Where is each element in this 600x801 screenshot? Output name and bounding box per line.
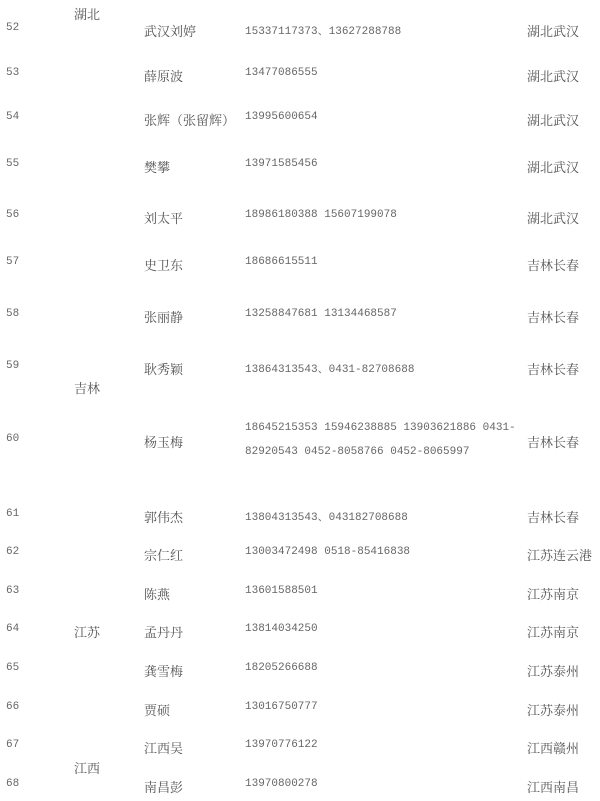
row-number: 58 [6,308,19,320]
row-number: 57 [6,256,19,268]
row-number: 59 [6,360,19,372]
contact-name: 南昌彭 [144,777,183,796]
contact-name: 张丽静 [144,307,183,326]
row-number: 56 [6,209,19,221]
row-number: 68 [6,778,19,790]
phone-number: 82920543 0452-8058766 0452-8065997 [245,446,469,458]
location: 湖北武汉 [527,21,579,40]
phone-number: 13864313543、0431-82708688 [245,360,414,376]
location: 吉林长春 [527,307,579,326]
contact-name: 薛原波 [144,66,183,85]
location: 江苏南京 [527,584,579,603]
phone-number: 13804313543、043182708688 [245,508,408,524]
phone-number: 13003472498 0518-85416838 [245,546,410,558]
contact-name: 郭伟杰 [144,507,183,526]
location: 江西赣州 [527,738,579,757]
row-number: 67 [6,739,19,751]
province-label: 吉林 [74,378,100,397]
location: 江苏泰州 [527,661,579,680]
row-number: 54 [6,111,19,123]
province-label: 江苏 [74,622,100,641]
row-number: 52 [6,22,19,34]
phone-number: 13477086555 [245,67,318,79]
location: 湖北武汉 [527,208,579,227]
contact-name: 史卫东 [144,255,183,274]
row-number: 60 [6,433,19,445]
province-label: 江西 [74,758,100,777]
contact-name: 杨玉梅 [144,432,183,451]
location: 江西南昌 [527,777,579,796]
phone-number: 13601588501 [245,585,318,597]
contact-name: 龚雪梅 [144,661,183,680]
location: 吉林长春 [527,432,579,451]
phone-number: 18686615511 [245,256,318,268]
location: 湖北武汉 [527,66,579,85]
row-number: 62 [6,546,19,558]
row-number: 64 [6,623,19,635]
location: 江苏泰州 [527,700,579,719]
phone-number: 18645215353 15946238885 13903621886 0431… [245,422,516,434]
phone-number: 13995600654 [245,111,318,123]
location: 吉林长春 [527,507,579,526]
contact-name: 宗仁红 [144,545,183,564]
contact-name: 张辉（张留辉） [144,110,235,129]
contact-name: 贾硕 [144,700,170,719]
location: 江苏南京 [527,622,579,641]
phone-number: 15337117373、13627288788 [245,22,401,38]
contact-name: 陈燕 [144,584,170,603]
row-number: 66 [6,701,19,713]
contact-name: 孟丹丹 [144,622,183,641]
row-number: 55 [6,158,19,170]
row-number: 53 [6,67,19,79]
phone-number: 13814034250 [245,623,318,635]
phone-number: 18205266688 [245,662,318,674]
phone-number: 18986180388 15607199078 [245,209,397,221]
contact-name: 樊攀 [144,157,170,176]
row-number: 61 [6,508,19,520]
phone-number: 13970800278 [245,778,318,790]
location: 吉林长春 [527,359,579,378]
phone-number: 13970776122 [245,739,318,751]
row-number: 65 [6,662,19,674]
contact-name: 刘太平 [144,208,183,227]
location: 吉林长春 [527,255,579,274]
location: 江苏连云港 [527,545,592,564]
contact-name: 武汉刘婷 [144,21,196,40]
province-label: 湖北 [74,4,100,23]
contact-name: 江西吴 [144,738,183,757]
contact-name: 耿秀颖 [144,359,183,378]
location: 湖北武汉 [527,110,579,129]
phone-number: 13016750777 [245,701,318,713]
phone-number: 13258847681 13134468587 [245,308,397,320]
phone-number: 13971585456 [245,158,318,170]
location: 湖北武汉 [527,157,579,176]
row-number: 63 [6,585,19,597]
